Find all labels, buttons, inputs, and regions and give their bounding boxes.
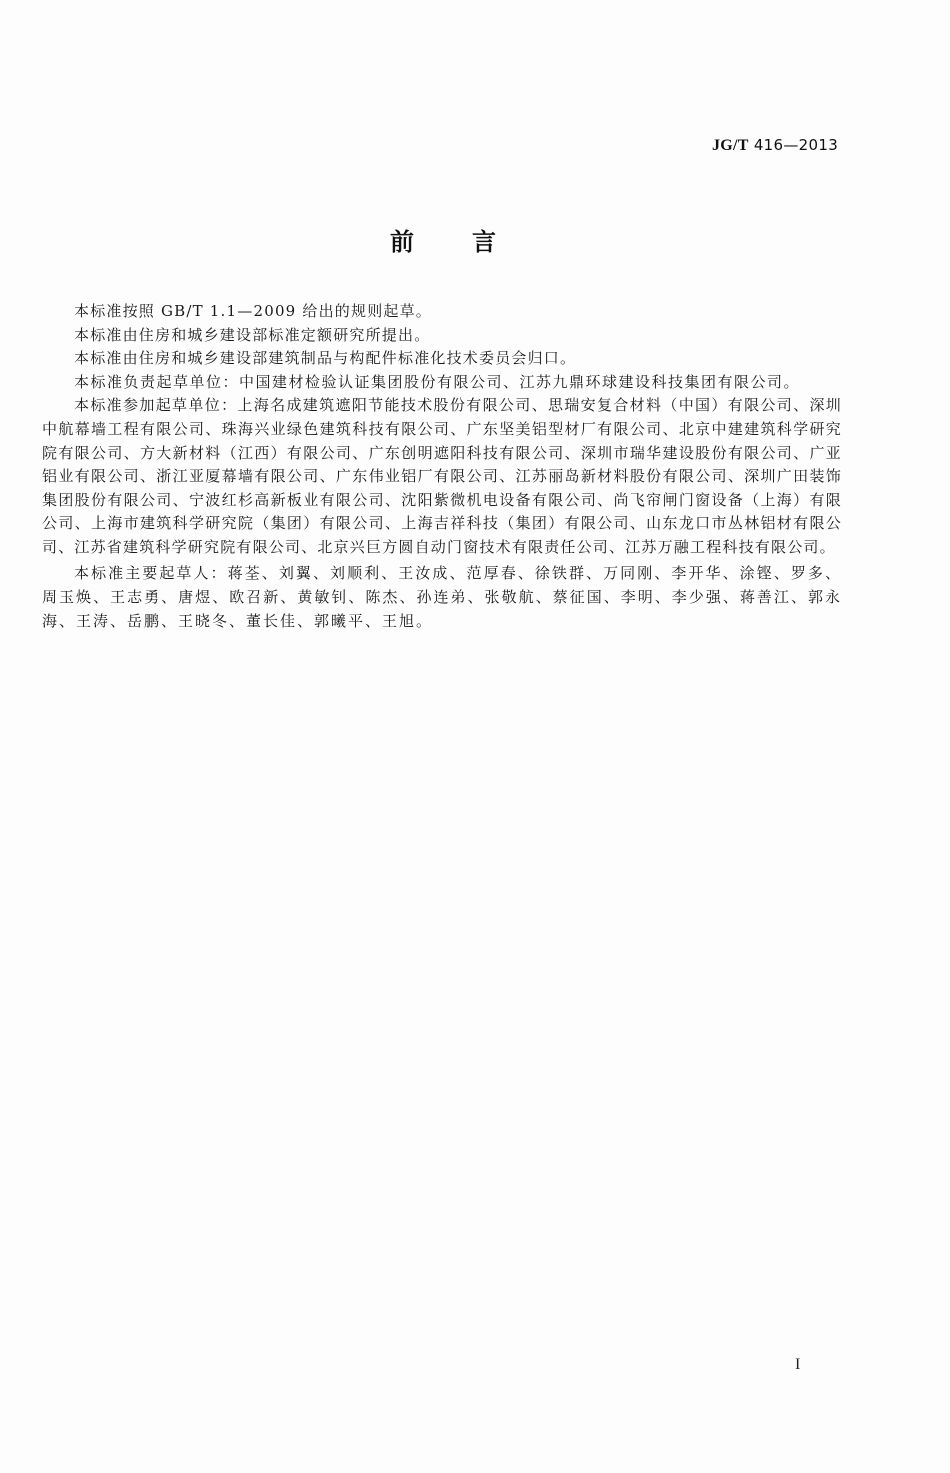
paragraph-participating-drafters: 本标准参加起草单位：上海名成建筑遮阳节能技术股份有限公司、思瑞安复合材料（中国）… bbox=[42, 394, 842, 559]
paragraph-proposed-by: 本标准由住房和城乡建设部标准定额研究所提出。 bbox=[42, 324, 842, 348]
standard-code-prefix: JG/T bbox=[712, 137, 749, 154]
standard-code: JG/T 416—2013 bbox=[712, 136, 838, 155]
paragraph-administered-by: 本标准由住房和城乡建设部建筑制品与构配件标准化技术委员会归口。 bbox=[42, 347, 842, 371]
paragraph-responsible-drafter: 本标准负责起草单位：中国建材检验认证集团股份有限公司、江苏九鼎环球建设科技集团有… bbox=[42, 371, 842, 395]
page-title-char-1: 前 bbox=[390, 222, 414, 257]
foreword-body: 本标准按照 GB/T 1.1—2009 给出的规则起草。 本标准由住房和城乡建设… bbox=[42, 300, 842, 633]
page-number: I bbox=[795, 1356, 800, 1374]
paragraph-drafting-rules: 本标准按照 GB/T 1.1—2009 给出的规则起草。 bbox=[42, 300, 842, 324]
paragraph-main-drafters: 本标准主要起草人：蒋荃、刘翼、刘顺利、王汝成、范厚春、徐铁群、万同刚、李开华、涂… bbox=[42, 561, 842, 633]
standard-code-number: 416—2013 bbox=[749, 136, 838, 154]
page-title-char-2: 言 bbox=[472, 222, 496, 257]
